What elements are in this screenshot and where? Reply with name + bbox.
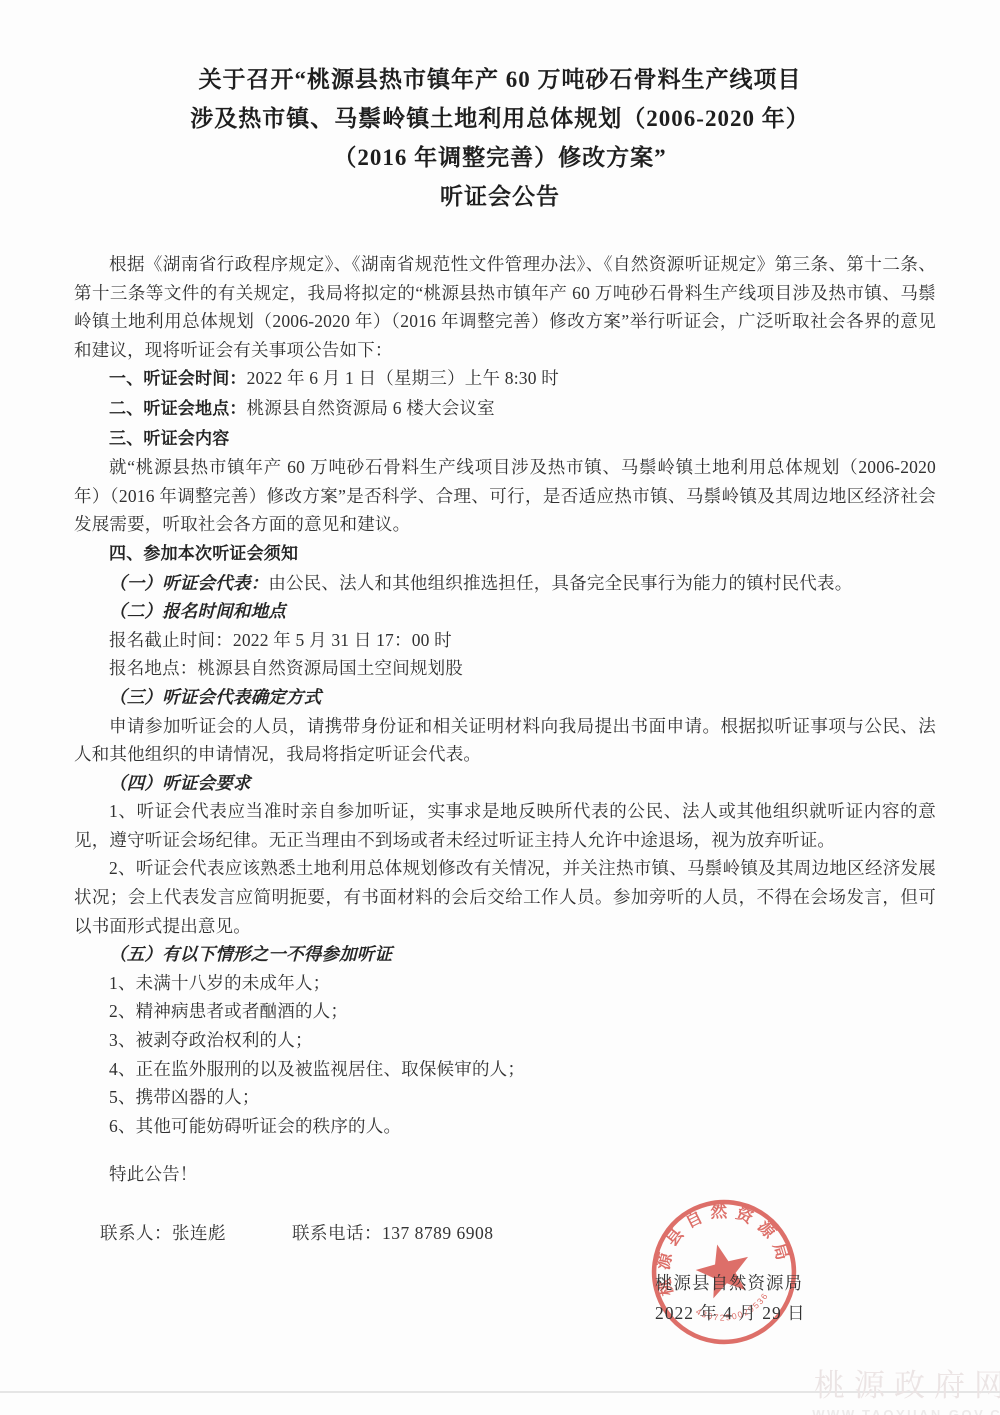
signup-place: 报名地点：桃源县自然资源局国土空间规划股 [74, 654, 936, 683]
section-1-time: 一、听证会时间：2022 年 6 月 1 日（星期三）上午 8:30 时 [74, 364, 936, 394]
contact-row: 联系人：张连彪联系电话：137 8789 6908 [100, 1220, 494, 1245]
excluded-item-4: 4、正在监外服刑的以及被监视居住、取保候审的人； [74, 1055, 936, 1084]
announcement-page: 关于召开“桃源县热市镇年产 60 万吨砂石骨料生产线项目 涉及热市镇、马鬃岭镇土… [0, 0, 1000, 1415]
phone-label: 联系电话： [292, 1223, 382, 1243]
sub-1-label: （一）听证会代表： [109, 573, 268, 593]
watermark-url: WWW.TAOYUAN.GOV.CN [812, 1407, 1000, 1415]
contact-label: 联系人： [100, 1223, 172, 1243]
sub-1-representatives: （一）听证会代表：由公民、法人和其他组织推选担任，具备完全民事行为能力的镇村民代… [74, 569, 936, 598]
excluded-item-2: 2、精神病患者或者酗酒的人； [74, 997, 936, 1026]
section-4-heading: 四、参加本次听证会须知 [74, 539, 936, 569]
section-1-label: 一、听证会时间： [109, 369, 247, 388]
sub-2-heading: （二）报名时间和地点 [74, 597, 936, 626]
title-line-3: （2016 年调整完善）修改方案” [0, 138, 1000, 177]
signup-deadline: 报名截止时间：2022 年 5 月 31 日 17：00 时 [74, 626, 936, 655]
excluded-item-3: 3、被剥夺政治权利的人； [74, 1026, 936, 1055]
issue-date: 2022 年 4 月 29 日 [655, 1298, 806, 1328]
section-3-heading: 三、听证会内容 [74, 424, 936, 454]
excluded-item-6: 6、其他可能妨碍听证会的秩序的人。 [74, 1112, 936, 1141]
issuing-org: 桃源县自然资源局 [655, 1268, 806, 1298]
requirement-2: 2、听证会代表应该熟悉土地利用总体规划修改有关情况，并关注热市镇、马鬃岭镇及其周… [74, 854, 936, 940]
document-body: 根据《湖南省行政程序规定》、《湖南省规范性文件管理办法》、《自然资源听证规定》第… [0, 250, 1000, 1189]
signature-block: 桃源县自然资源局 2022 年 4 月 29 日 [655, 1268, 806, 1328]
closing-notice: 特此公告！ [74, 1160, 936, 1189]
phone-number: 137 8789 6908 [382, 1223, 494, 1243]
sub-3-heading: （三）听证会代表确定方式 [74, 683, 936, 712]
contact-name: 张连彪 [172, 1223, 226, 1243]
excluded-item-1: 1、未满十八岁的未成年人； [74, 969, 936, 998]
document-title: 关于召开“桃源县热市镇年产 60 万吨砂石骨料生产线项目 涉及热市镇、马鬃岭镇土… [0, 0, 1000, 216]
section-2-label: 二、听证会地点： [109, 399, 247, 418]
title-line-1: 关于召开“桃源县热市镇年产 60 万吨砂石骨料生产线项目 [0, 60, 1000, 99]
title-line-4: 听证会公告 [0, 177, 1000, 216]
section-2-place: 二、听证会地点：桃源县自然资源局 6 楼大会议室 [74, 394, 936, 424]
section-3-content: 就“桃源县热市镇年产 60 万吨砂石骨料生产线项目涉及热市镇、马鬃岭镇土地利用总… [74, 453, 936, 539]
sub-5-heading: （五）有以下情形之一不得参加听证 [74, 940, 936, 969]
site-watermark: 桃源政府网 WWW.TAOYUAN.GOV.CN [812, 1360, 1000, 1415]
watermark-site-name: 桃源政府网 [812, 1360, 1000, 1405]
sub-4-heading: （四）听证会要求 [74, 769, 936, 798]
title-line-2: 涉及热市镇、马鬃岭镇土地利用总体规划（2006-2020 年） [0, 99, 1000, 138]
sub-3-content: 申请参加听证会的人员，请携带身份证和相关证明材料向我局提出书面申请。根据拟听证事… [74, 712, 936, 769]
intro-paragraph: 根据《湖南省行政程序规定》、《湖南省规范性文件管理办法》、《自然资源听证规定》第… [74, 250, 936, 364]
requirement-1: 1、听证会代表应当准时亲自参加听证，实事求是地反映所代表的公民、法人或其他组织就… [74, 797, 936, 854]
excluded-item-5: 5、携带凶器的人； [74, 1083, 936, 1112]
